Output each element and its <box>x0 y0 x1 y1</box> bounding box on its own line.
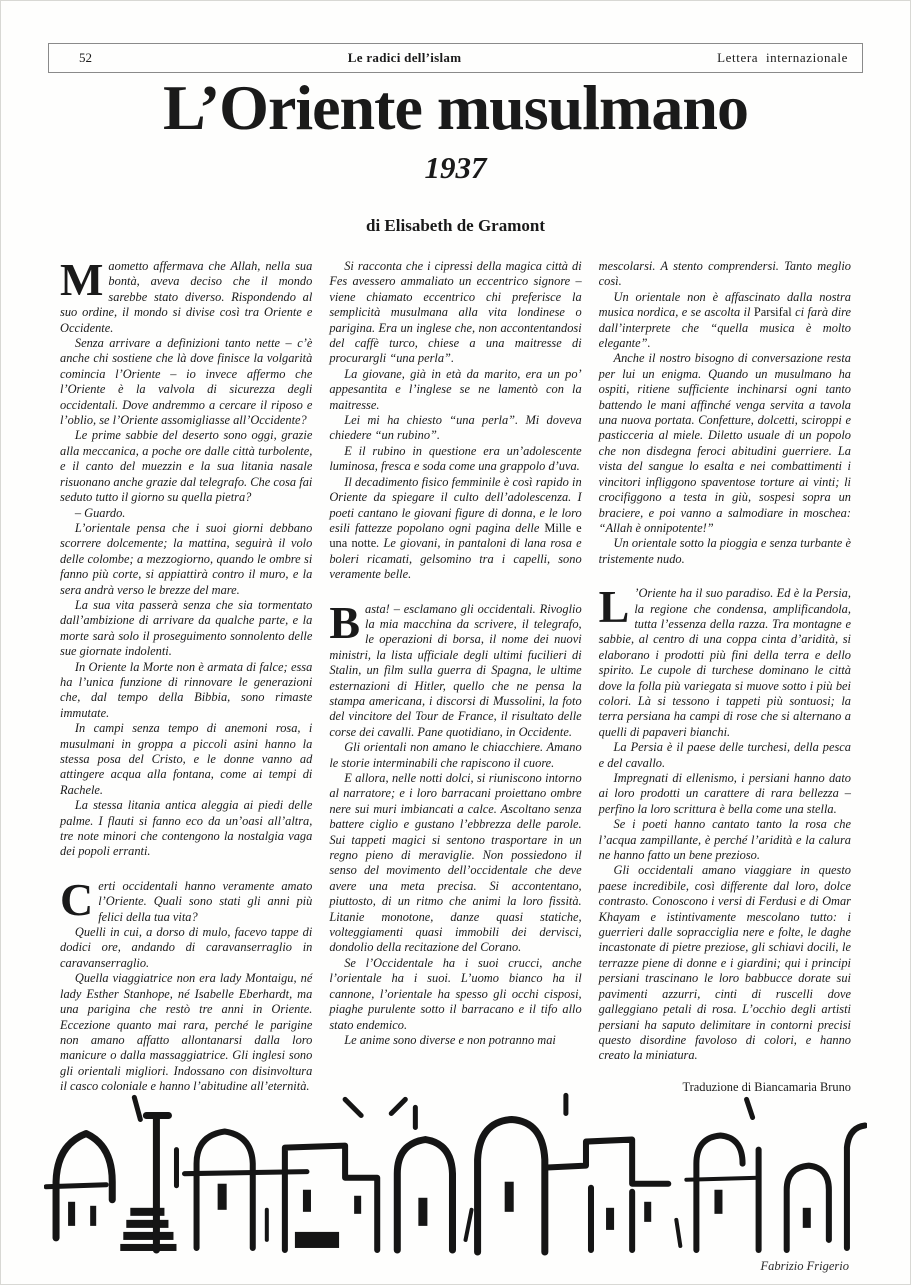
page-number: 52 <box>79 50 92 66</box>
paragraph: Quelli in cui, a dorso di mulo, facevo t… <box>60 925 312 971</box>
paragraph: L’orientale pensa che i suoi giorni debb… <box>60 521 312 598</box>
text-column-2: Si racconta che i cipressi della magica … <box>329 259 581 1095</box>
roman-text: Parsifal <box>754 305 792 319</box>
dropcap-paragraph: Maometto affermava che Allah, nella sua … <box>60 259 312 336</box>
paragraph: La Persia è il paese delle turchesi, del… <box>599 740 851 771</box>
running-header: 52 Le radici dell’islam Lettera internaz… <box>48 43 863 73</box>
drop-cap: M <box>60 259 108 298</box>
paragraph: Anche il nostro bisogno di conversazione… <box>599 351 851 536</box>
paragraph: Le anime sono diverse e non potranno mai <box>329 1033 581 1048</box>
article-body: Maometto affermava che Allah, nella sua … <box>60 259 851 1095</box>
paragraph: Gli occidentali amano viaggiare in quest… <box>599 863 851 1063</box>
paragraph: Lei mi ha chiesto “una perla”. Mi doveva… <box>329 413 581 444</box>
drop-cap: C <box>60 879 98 918</box>
article-year: 1937 <box>0 150 911 186</box>
paragraph: Quella viaggiatrice non era lady Montaig… <box>60 971 312 1094</box>
text-column-3: mescolarsi. A stento comprendersi. Tanto… <box>599 259 851 1095</box>
drop-cap: B <box>329 602 365 641</box>
paragraph: Senza arrivare a definizioni tanto nette… <box>60 336 312 428</box>
journal-name: Lettera internazionale <box>717 50 848 66</box>
dropcap-paragraph: Certi occidentali hanno veramente amato … <box>60 879 312 925</box>
paragraph: La sua vita passerà senza che sia tormen… <box>60 598 312 660</box>
paragraph: E allora, nelle notti dolci, si riunisco… <box>329 771 581 956</box>
text-column-1: Maometto affermava che Allah, nella sua … <box>60 259 312 1095</box>
dropcap-paragraph: Basta! – esclamano gli occidentali. Rivo… <box>329 602 581 741</box>
paragraph: Il decadimento fisico femminile è così r… <box>329 475 581 583</box>
roman-text: Mille e una notte <box>329 521 581 550</box>
paragraph: Impregnati di ellenismo, i persiani hann… <box>599 771 851 817</box>
drop-cap: L <box>599 586 635 625</box>
magazine-page: 52 Le radici dell’islam Lettera internaz… <box>0 0 911 1285</box>
paragraph: In Oriente la Morte non è armata di falc… <box>60 660 312 722</box>
paragraph: Si racconta che i cipressi della magica … <box>329 259 581 367</box>
paragraph: Se i poeti hanno cantato tanto la rosa c… <box>599 817 851 863</box>
paragraph: Un orientale sotto la pioggia e senza tu… <box>599 536 851 567</box>
village-illustration-svg <box>44 1088 867 1260</box>
paragraph: Gli orientali non amano le chiacchiere. … <box>329 740 581 771</box>
article-title: L’Oriente musulmano <box>0 74 911 141</box>
paragraph: Le prime sabbie del deserto sono oggi, g… <box>60 428 312 505</box>
village-illustration: Fabrizio Frigerio <box>44 1088 867 1268</box>
paragraph: La giovane, già in età da marito, era un… <box>329 367 581 413</box>
paragraph: mescolarsi. A stento comprendersi. Tanto… <box>599 259 851 290</box>
illustration-signature: Fabrizio Frigerio <box>760 1259 849 1274</box>
article-byline: di Elisabeth de Gramont <box>0 216 911 236</box>
paragraph: E il rubino in questione era un’adolesce… <box>329 444 581 475</box>
paragraph: In campi senza tempo di anemoni rosa, i … <box>60 721 312 798</box>
paragraph: Se l’Occidentale ha i suoi crucci, anche… <box>329 956 581 1033</box>
paragraph: Un orientale non è affascinato dalla nos… <box>599 290 851 352</box>
dropcap-paragraph: L’Oriente ha il suo paradiso. Ed è la Pe… <box>599 586 851 740</box>
paragraph: La stessa litania antica aleggia ai pied… <box>60 798 312 860</box>
paragraph: – Guardo. <box>60 506 312 521</box>
section-title: Le radici dell’islam <box>92 50 717 66</box>
